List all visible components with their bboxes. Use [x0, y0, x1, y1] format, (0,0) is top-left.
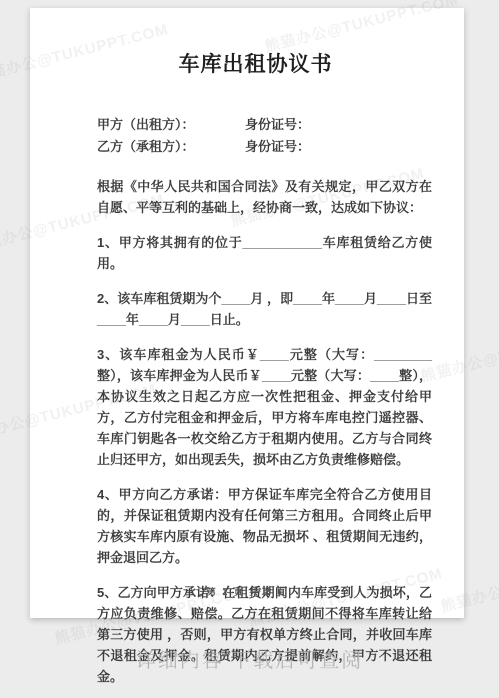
- download-hint-text: 详细内容 下载后可查阅: [136, 644, 364, 673]
- clause-4: 4、甲方向乙方承诺：甲方保证车库完全符合乙方使用目的，并保证租赁期内没有任何第三…: [97, 484, 432, 568]
- lessee-id-label: 身份证号：: [245, 136, 310, 158]
- clause-1: 1、甲方将其拥有的位于___________车库租赁给乙方使用。: [97, 232, 432, 274]
- preamble-paragraph: 根据《中华人民共和国合同法》及有关规定，甲乙双方在自愿、平等互利的基础上，经协商…: [97, 176, 432, 218]
- preview-viewport: 车库出租协议书 甲方（出租方）： 身份证号： 乙方（承租方）： 身份证号： 根据…: [0, 0, 499, 698]
- lessee-label: 乙方（承租方）：: [97, 136, 245, 158]
- document-body: 根据《中华人民共和国合同法》及有关规定，甲乙双方在自愿、平等互利的基础上，经协商…: [97, 176, 432, 687]
- preview-footer-bar: 详细内容 下载后可查阅: [0, 618, 499, 698]
- party-row-lessee: 乙方（承租方）： 身份证号：: [97, 136, 432, 158]
- document-title: 车库出租协议书: [79, 50, 432, 80]
- page-number-indicator: 第 1 页 共 2 页: [30, 585, 464, 598]
- clause-2: 2、该车库租赁期为个____月 ，即____年____月____日至____年_…: [97, 288, 432, 330]
- lessor-id-label: 身份证号：: [245, 114, 310, 136]
- document-page: 车库出租协议书 甲方（出租方）： 身份证号： 乙方（承租方）： 身份证号： 根据…: [30, 8, 464, 618]
- lessor-label: 甲方（出租方）：: [97, 114, 245, 136]
- party-block: 甲方（出租方）： 身份证号： 乙方（承租方）： 身份证号：: [97, 114, 432, 158]
- party-row-lessor: 甲方（出租方）： 身份证号：: [97, 114, 432, 136]
- clause-3: 3、该车库租金为人民币￥____元整（大写：________整），该车库押金为人…: [97, 344, 432, 470]
